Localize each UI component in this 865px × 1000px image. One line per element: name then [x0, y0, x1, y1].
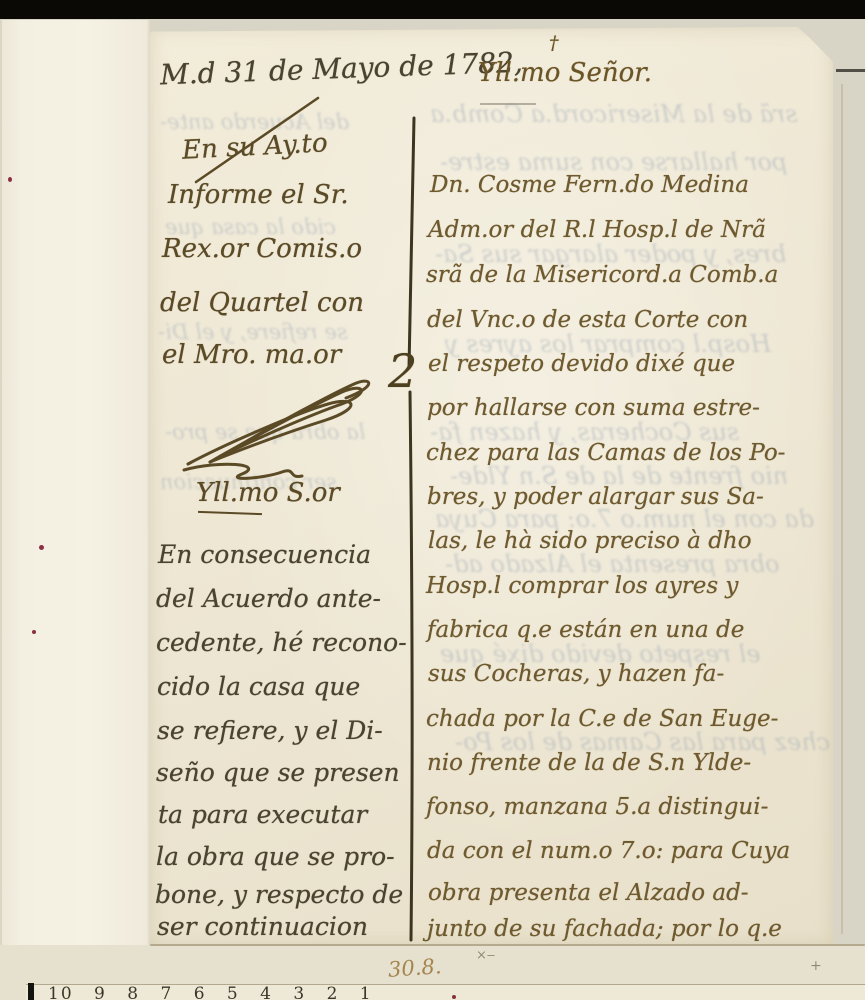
manuscript-line: las, le hà sido preciso à dho	[428, 528, 752, 554]
manuscript-line: Adm.or del R.l Hosp.l de Nrã	[428, 217, 766, 243]
manuscript-line: da con el num.o 7.o: para Cuya	[427, 838, 790, 864]
manuscript-line: fonso, manzana 5.a distingui-	[426, 794, 768, 820]
manuscript-line: chada por la C.e de San Euge-	[426, 706, 778, 732]
manuscript-line: fabrica q.e están en una de	[427, 617, 744, 643]
paper-speck	[8, 177, 12, 182]
manuscript-line: Hosp.l comprar los ayres y	[426, 573, 738, 599]
manuscript-line: obra presenta el Alzado ad-	[428, 880, 749, 906]
pencil-plus-mark: +	[810, 958, 822, 974]
folio-pencil-annotation: 30.8.	[387, 954, 442, 982]
manuscript-line: srã de la Misericord.a Comb.a	[426, 262, 778, 288]
manuscript-line: Dn. Cosme Fern.do Medina	[430, 172, 749, 198]
pencil-x-mark: ×‒	[476, 948, 495, 963]
manuscript-line: sus Cocheras, y hazen fa-	[428, 661, 724, 687]
manuscript-line: nio frente de la de S.n Ylde-	[427, 750, 751, 776]
manuscript-line: bres, y poder alargar sus Sa-	[427, 484, 764, 510]
manuscript-line: chez para las Camas de los Po-	[426, 440, 785, 466]
paper-speck	[39, 545, 44, 550]
paper-speck	[452, 995, 456, 999]
paper-speck	[32, 630, 36, 634]
manuscript-scan: srã de la Misericord.a Comb.a por hallar…	[0, 0, 865, 1000]
scale-end-tick	[28, 983, 34, 1000]
drawing-scale-numbers: 10 9 8 7 6 5 4 3 2 1	[48, 984, 373, 1000]
manuscript-line: el respeto devido dixé que	[428, 351, 735, 377]
paragraph-mark: 2	[388, 344, 417, 398]
manuscript-line: junto de su fachada; por lo q.e	[427, 916, 782, 942]
manuscript-line: por hallarse con suma estre-	[427, 395, 760, 421]
manuscript-line: del Vnc.o de esta Corte con	[427, 307, 748, 333]
